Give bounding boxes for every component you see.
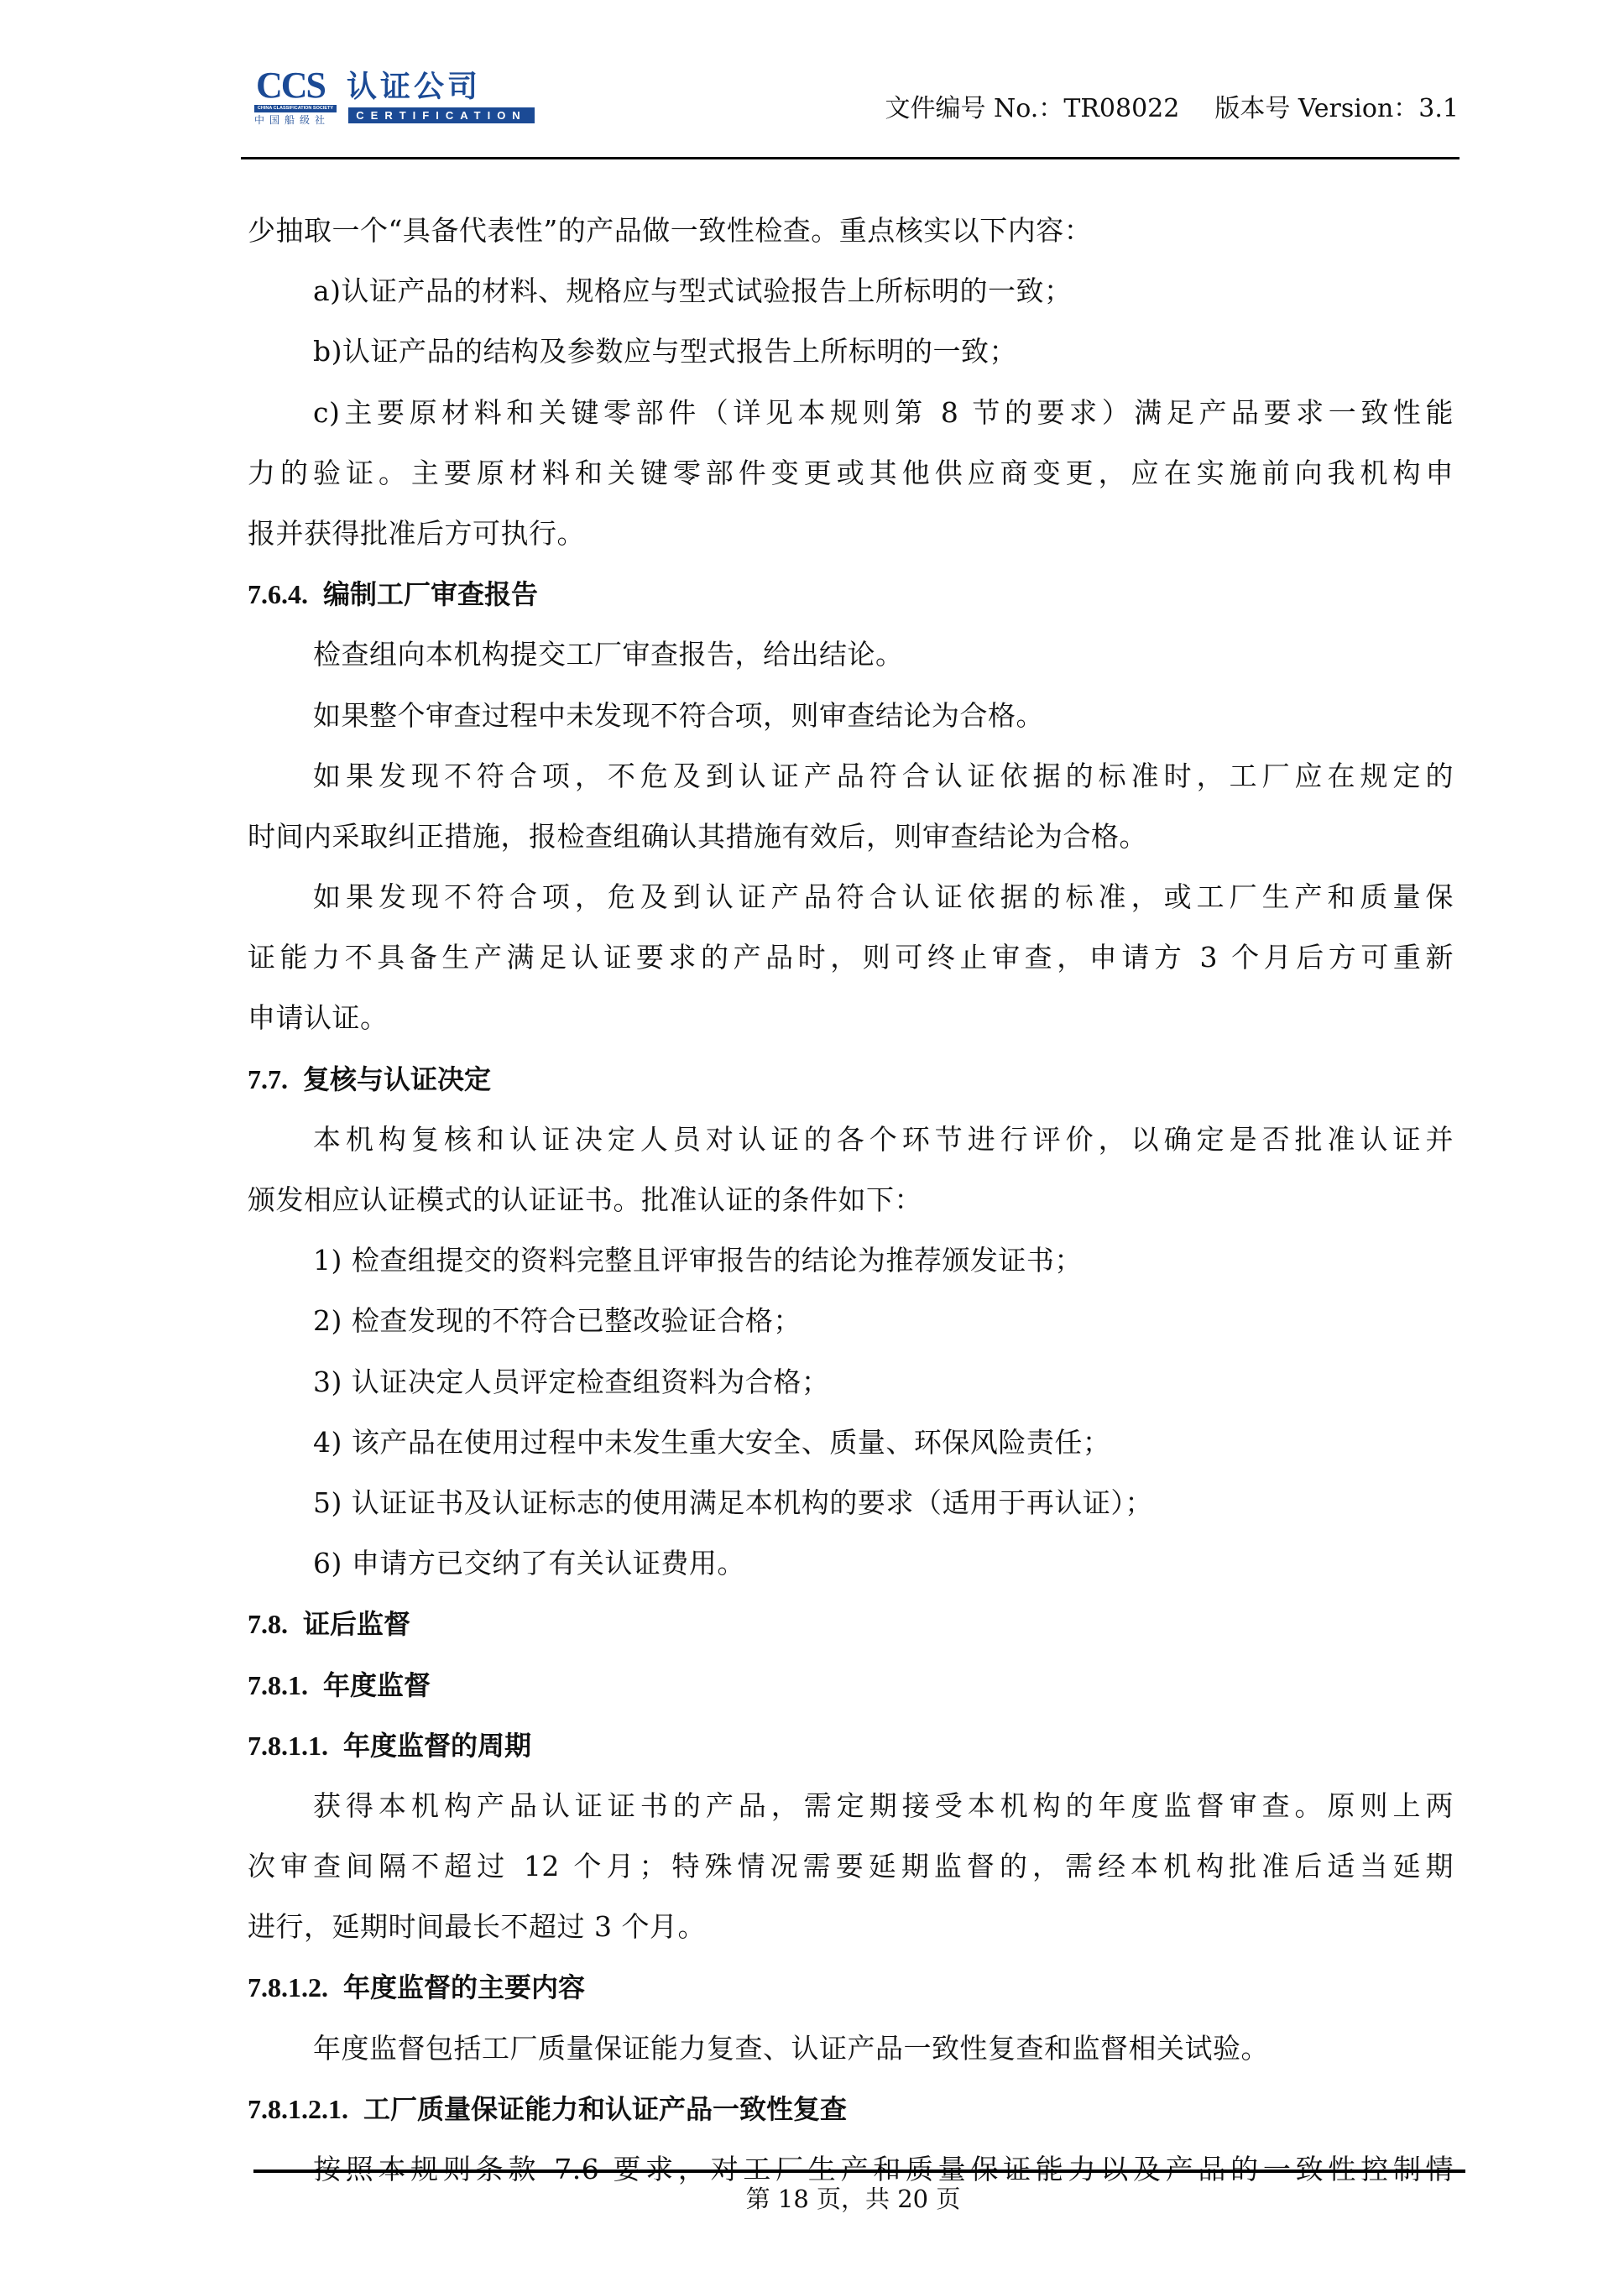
section-title: 复核与认证决定 (303, 1063, 491, 1095)
paragraph-line: 年度监督包括工厂质量保证能力复查、认证产品一致性复查和监督相关试验。 (248, 2018, 1454, 2079)
page-number: 第 18 页，共 20 页 (241, 2182, 1465, 2216)
section-heading: 7.8.1.1.年度监督的周期 (248, 1715, 1454, 1776)
footer-divider (253, 2170, 1465, 2173)
paragraph-line: 本机构复核和认证决定人员对认证的各个环节进行评价，以确定是否批准认证并 (248, 1110, 1454, 1170)
paragraph-line: b)认证产品的结构及参数应与型式报告上所标明的一致； (248, 321, 1454, 382)
paragraph-line: a)认证产品的材料、规格应与型式试验报告上所标明的一致； (248, 261, 1454, 321)
paragraph-line: c)主要原材料和关键零部件（详见本规则第 8 节的要求）满足产品要求一致性能 (248, 383, 1454, 443)
paragraph-line: 2) 检查发现的不符合已整改验证合格； (248, 1291, 1454, 1351)
paragraph-line: 获得本机构产品认证证书的产品，需定期接受本机构的年度监督审查。原则上两 (248, 1776, 1454, 1836)
paragraph-line: 5) 认证证书及认证标志的使用满足本机构的要求（适用于再认证）； (248, 1473, 1454, 1533)
doc-number-label: 文件编号 No.： (885, 94, 1063, 123)
society-cn-label: 中国船级社 (254, 114, 337, 126)
version-label: 版本号 Version： (1214, 94, 1418, 123)
doc-number: TR08022 (1063, 94, 1179, 123)
section-title: 年度监督的周期 (343, 1730, 531, 1762)
company-cn-name: 认证公司 (347, 70, 481, 104)
ccs-letters: CCS (256, 67, 325, 104)
section-title: 编制工厂审查报告 (323, 578, 538, 610)
ccs-emblem: CCS CHINA CLASSIFICATION SOCIETY 中国船级社 (254, 70, 338, 128)
paragraph-line: 如果整个审查过程中未发现不符合项，则审查结论为合格。 (248, 686, 1454, 746)
paragraph-line: 次审查间隔不超过 12 个月；特殊情况需要延期监督的，需经本机构批准后适当延期 (248, 1836, 1454, 1897)
paragraph-line: 如果发现不符合项，危及到认证产品符合认证依据的标准，或工厂生产和质量保 (248, 867, 1454, 927)
paragraph-line: 如果发现不符合项，不危及到认证产品符合认证依据的标准时，工厂应在规定的 (248, 746, 1454, 807)
section-number: 7.8. (248, 1594, 288, 1654)
section-title: 年度监督 (323, 1669, 431, 1701)
paragraph-line: 3) 认证决定人员评定检查组资料为合格； (248, 1352, 1454, 1412)
section-heading: 7.8.1.2.1.工厂质量保证能力和认证产品一致性复查 (248, 2079, 1454, 2139)
section-heading: 7.7.复核与认证决定 (248, 1049, 1454, 1110)
version-number: 3.1 (1418, 94, 1459, 123)
ccs-certification-logo: CCS CHINA CLASSIFICATION SOCIETY 中国船级社 认… (254, 70, 544, 128)
section-heading: 7.8.证后监督 (248, 1594, 1454, 1654)
paragraph-line: 报并获得批准后方可执行。 (248, 504, 1454, 564)
document-page: CCS CHINA CLASSIFICATION SOCIETY 中国船级社 认… (0, 0, 1624, 2287)
paragraph-line: 颁发相应认证模式的认证证书。批准认证的条件如下： (248, 1170, 1454, 1230)
paragraph-line: 时间内采取纠正措施，报检查组确认其措施有效后，则审查结论为合格。 (248, 807, 1454, 867)
section-title: 证后监督 (303, 1608, 410, 1640)
section-title: 工厂质量保证能力和认证产品一致性复查 (363, 2093, 847, 2125)
header-divider (241, 157, 1460, 159)
section-number: 7.6.4. (248, 564, 308, 624)
paragraph-line: 力的验证。主要原材料和关键零部件变更或其他供应商变更，应在实施前向我机构申 (248, 443, 1454, 504)
section-number: 7.8.1.1. (248, 1715, 328, 1776)
paragraph-line: 检查组向本机构提交工厂审查报告，给出结论。 (248, 624, 1454, 685)
section-number: 7.8.1.2. (248, 1957, 328, 2018)
society-en-banner: CHINA CLASSIFICATION SOCIETY (254, 105, 337, 112)
paragraph-line: 进行，延期时间最长不超过 3 个月。 (248, 1897, 1454, 1957)
section-heading: 7.8.1.2.年度监督的主要内容 (248, 1957, 1454, 2018)
section-number: 7.7. (248, 1049, 288, 1110)
document-body: 少抽取一个“具备代表性”的产品做一致性检查。重点核实以下内容：a)认证产品的材料… (248, 201, 1454, 2200)
section-heading: 7.8.1.年度监督 (248, 1655, 1454, 1715)
document-meta: 文件编号 No.：TR08022版本号 Version：3.1 (765, 92, 1459, 126)
paragraph-line: 少抽取一个“具备代表性”的产品做一致性检查。重点核实以下内容： (248, 201, 1454, 261)
company-en-banner: CERTIFICATION (348, 107, 535, 123)
paragraph-line: 1) 检查组提交的资料完整且评审报告的结论为推荐颁发证书； (248, 1230, 1454, 1291)
paragraph-line: 证能力不具备生产满足认证要求的产品时，则可终止审查，申请方 3 个月后方可重新 (248, 927, 1454, 988)
paragraph-line: 6) 申请方已交纳了有关认证费用。 (248, 1533, 1454, 1594)
paragraph-line: 4) 该产品在使用过程中未发生重大安全、质量、环保风险责任； (248, 1412, 1454, 1473)
section-heading: 7.6.4.编制工厂审查报告 (248, 564, 1454, 624)
paragraph-line: 申请认证。 (248, 988, 1454, 1048)
section-title: 年度监督的主要内容 (343, 1971, 585, 2003)
section-number: 7.8.1.2.1. (248, 2079, 348, 2139)
section-number: 7.8.1. (248, 1655, 308, 1715)
